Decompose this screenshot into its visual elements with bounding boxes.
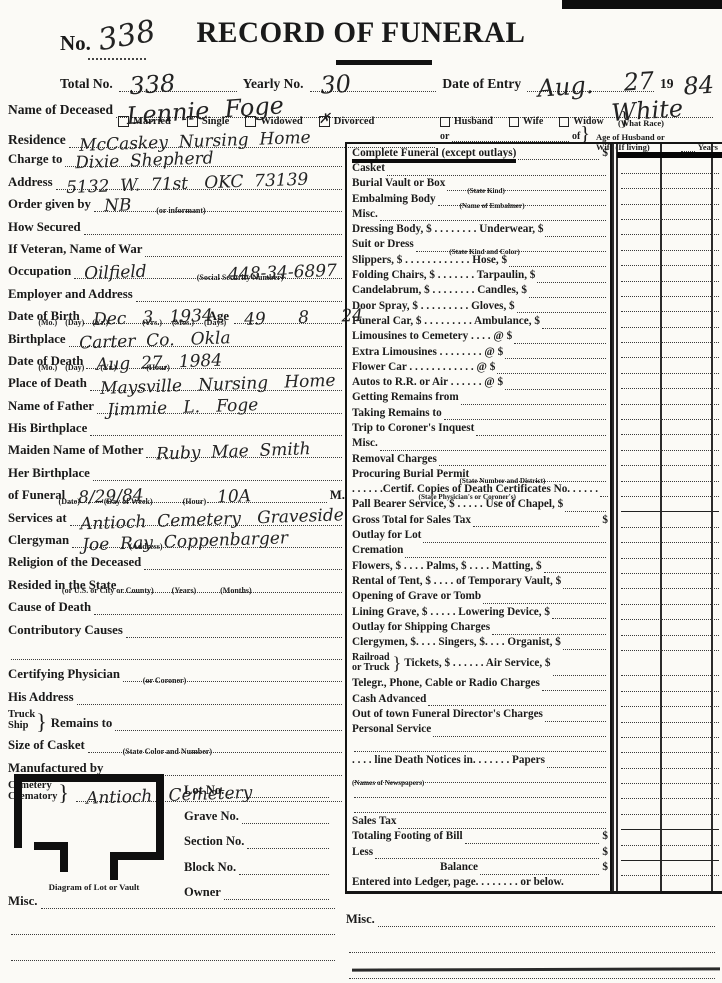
amount-cell[interactable] xyxy=(621,144,719,158)
amount-cell[interactable] xyxy=(621,589,719,604)
charge-line[interactable] xyxy=(547,756,606,768)
field-line[interactable] xyxy=(145,256,342,257)
amount-cell[interactable] xyxy=(621,251,719,266)
amount-cell[interactable] xyxy=(621,876,719,890)
field-line[interactable]: Dixie Shepherd xyxy=(65,149,342,167)
total-no-label: Total No. xyxy=(60,76,113,92)
form-row: Size of Casket(State Color and Number) xyxy=(8,732,345,754)
spouse-block: HusbandWifeWidow} or of } Age of Husband… xyxy=(440,112,718,142)
diagram-left-wall xyxy=(14,774,22,848)
amount-cell[interactable] xyxy=(621,189,719,204)
charge-line[interactable] xyxy=(476,424,606,436)
charge-row: Casket xyxy=(352,160,608,175)
amount-cell[interactable] xyxy=(621,753,719,768)
amount-cell[interactable] xyxy=(621,636,719,651)
charge-row: Sales Tax xyxy=(352,813,608,828)
field-label: Certifying Physician xyxy=(8,667,120,682)
form-row: Religion of the Deceased xyxy=(8,549,345,571)
amount-cell[interactable] xyxy=(621,651,719,676)
charge-line[interactable] xyxy=(492,623,606,635)
field-line[interactable] xyxy=(349,978,715,979)
charge-row: Folding Chairs, $ . . . . . . . Tarpauli… xyxy=(352,267,608,282)
field-line[interactable] xyxy=(136,301,342,302)
charge-label: Balance xyxy=(440,861,478,873)
charge-label: Procuring Burial Permit xyxy=(352,468,469,480)
charge-line[interactable] xyxy=(505,378,606,390)
field-label: His Address xyxy=(8,690,74,705)
charge-line[interactable] xyxy=(354,802,606,814)
charge-line[interactable] xyxy=(565,500,606,512)
charge-label: Entered into Ledger, page. . . . . . . .… xyxy=(352,876,564,888)
field-label: of Funeral xyxy=(8,488,65,503)
brace-label-2: or Truck xyxy=(352,663,390,673)
field-label: Her Birthplace xyxy=(8,466,90,481)
charge-label: Funeral Car, $ . . . . . . . . . Ambulan… xyxy=(352,315,540,327)
charge-label: Flowers, $ . . . . Palms, $ . . . . Matt… xyxy=(352,560,542,572)
field-line[interactable] xyxy=(247,848,329,849)
dollar-sign: $ xyxy=(602,861,608,873)
charge-row: Getting Remains from xyxy=(352,390,608,405)
charge-row: Rental of Tent, $ . . . . of Temporary V… xyxy=(352,573,608,588)
field-line[interactable] xyxy=(126,637,342,638)
charge-label: Extra Limousines . . . . . . . . @ $ xyxy=(352,346,503,358)
field-line[interactable] xyxy=(90,435,342,436)
form-row: ClergymanJoe Ray Coppenbarger(Address) xyxy=(8,527,345,549)
total-no-line[interactable]: 338 xyxy=(119,67,237,92)
charge-line[interactable] xyxy=(553,657,606,676)
field-line[interactable]: NB xyxy=(94,194,342,212)
field-line[interactable] xyxy=(84,234,342,235)
form-row: of Funeral8/29/8410AM.(Date) (Day of Wee… xyxy=(8,482,345,504)
charge-line[interactable] xyxy=(354,741,606,753)
charge-row: Telegr., Phone, Cable or Radio Charges xyxy=(352,676,608,691)
form-row: Address5132 W. 71st OKC 73139 xyxy=(8,168,345,190)
amount-cell[interactable] xyxy=(621,738,719,753)
spouse-option: Wife xyxy=(509,116,543,127)
charge-note: (State Physician's or Coroner's) xyxy=(419,493,516,501)
spouse-option: Husband xyxy=(440,116,493,127)
field-line[interactable] xyxy=(227,797,329,798)
blank-line xyxy=(8,962,338,983)
charge-label: Sales Tax xyxy=(352,815,396,827)
charge-line[interactable] xyxy=(398,817,606,829)
charge-note: (State Kind and Color) xyxy=(449,248,519,256)
amount-cell[interactable] xyxy=(621,676,719,691)
dollar-sign: $ xyxy=(602,147,608,159)
charge-line[interactable] xyxy=(517,302,606,314)
lot-diagram: Diagram of Lot or Vault xyxy=(14,774,164,896)
field-line[interactable]: 10A xyxy=(207,485,327,503)
charge-line[interactable] xyxy=(518,149,599,161)
misc-left-block: Misc. xyxy=(8,884,338,983)
form-row: Date of BirthDec 3 1934Age49 8 24(Mo.) (… xyxy=(8,303,345,325)
charge-label: Candelabrum, $ . . . . . . . . Candles, … xyxy=(352,284,527,296)
charge-row: Flower Car . . . . . . . . . . . . @ $ xyxy=(352,359,608,374)
field-label: Maiden Name of Mother xyxy=(8,443,143,458)
checkbox[interactable] xyxy=(440,117,450,127)
brace-label-2: Ship xyxy=(8,720,35,731)
amount-cell[interactable] xyxy=(621,769,719,784)
amount-cell[interactable] xyxy=(621,282,719,297)
of-label: of xyxy=(572,131,580,142)
charge-row: (Names of Newspapers) xyxy=(352,768,608,783)
amount-cell[interactable] xyxy=(621,205,719,220)
field-line[interactable] xyxy=(11,960,335,961)
charge-row: Less$ xyxy=(352,844,608,859)
charge-line[interactable] xyxy=(461,393,606,405)
charge-line[interactable] xyxy=(509,256,606,268)
field-label: Clergyman xyxy=(8,533,69,548)
charge-line[interactable] xyxy=(542,317,606,329)
amount-cell[interactable] xyxy=(621,559,719,574)
charge-row: Railroador Truck}Tickets, $ . . . . . . … xyxy=(352,650,608,676)
form-row: Charge toDixie Shepherd xyxy=(8,146,345,168)
dollar-sign: $ xyxy=(602,846,608,858)
charge-label: Taking Remains to xyxy=(352,407,442,419)
charge-label: Embalming Body xyxy=(352,193,436,205)
amount-cell[interactable] xyxy=(621,528,719,543)
amount-cell[interactable] xyxy=(621,543,719,558)
charge-row: Removal Charges xyxy=(352,451,608,466)
field-line[interactable] xyxy=(94,614,342,615)
field-label: Religion of the Deceased xyxy=(8,555,141,570)
record-of-funeral-form: No.338 RECORD OF FUNERAL Total No. 338 Y… xyxy=(0,0,722,983)
amount-cell[interactable] xyxy=(621,343,719,358)
charge-label: Rental of Tent, $ . . . . of Temporary V… xyxy=(352,575,561,587)
charge-line[interactable] xyxy=(600,485,608,497)
field-line[interactable] xyxy=(378,926,715,927)
spouse-brace: } xyxy=(580,126,590,142)
charge-line[interactable] xyxy=(439,455,606,467)
charge-row: Entered into Ledger, page. . . . . . . .… xyxy=(352,875,608,890)
form-row: OccupationOilfield448-34-6897(Social Sec… xyxy=(8,258,345,280)
charge-row: Gross Total for Sales Tax$ xyxy=(352,512,608,527)
charge-line[interactable] xyxy=(483,592,606,604)
field-label: Remains to xyxy=(51,716,113,731)
amount-cell[interactable] xyxy=(621,312,719,327)
charge-label: Outlay for Lot xyxy=(352,529,421,541)
charge-row: Misc. xyxy=(352,436,608,451)
charge-line[interactable] xyxy=(433,725,606,737)
amount-cell[interactable] xyxy=(621,574,719,589)
charge-line[interactable] xyxy=(544,562,606,574)
field-label: Place of Death xyxy=(8,376,87,391)
charge-row: Outlay for Lot xyxy=(352,527,608,542)
form-row: Cause of Death xyxy=(8,594,345,616)
amount-cell[interactable] xyxy=(621,158,719,173)
charge-label: . . . . line Death Notices in. . . . . .… xyxy=(352,754,545,766)
charge-row: Autos to R.R. or Air . . . . . . @ $ xyxy=(352,374,608,389)
charge-row: Trip to Coroner's Inquest xyxy=(352,420,608,435)
amount-cell[interactable] xyxy=(621,435,719,450)
form-row: If Veteran, Name of War xyxy=(8,236,345,258)
or-label: or xyxy=(440,131,449,142)
charge-row: Complete Funeral (except outlays)$ xyxy=(352,145,608,160)
form-row: Date of DeathAug 27, 1984(Mo.) (Day) (Yr… xyxy=(8,348,345,370)
charge-label: Out of town Funeral Director's Charges xyxy=(352,708,543,720)
amount-cell[interactable] xyxy=(621,174,719,189)
charge-line[interactable] xyxy=(473,516,599,528)
field-label: Services at xyxy=(8,511,67,526)
charge-label: Cash Advanced xyxy=(352,693,426,705)
charge-line[interactable] xyxy=(563,638,606,650)
charge-line[interactable] xyxy=(545,225,606,237)
charge-line[interactable] xyxy=(545,710,606,722)
charge-row: Totaling Footing of Bill$ xyxy=(352,829,608,844)
charge-row: Out of town Funeral Director's Charges xyxy=(352,706,608,721)
charge-line[interactable] xyxy=(480,863,599,875)
amount-cell[interactable] xyxy=(621,815,719,830)
field-label: Employer and Address xyxy=(8,287,133,302)
charge-label: Less xyxy=(352,846,373,858)
form-row: Contributory Causes xyxy=(8,616,345,638)
charge-line[interactable] xyxy=(537,271,606,283)
amount-cell[interactable] xyxy=(621,358,719,373)
field-line[interactable] xyxy=(93,480,342,481)
checkbox-label: Wife xyxy=(523,116,543,127)
field-line[interactable] xyxy=(11,934,335,935)
form-row: Order given byNB(or informant) xyxy=(8,191,345,213)
field-label: Misc. xyxy=(8,894,38,909)
field-label: Block No. xyxy=(184,860,236,875)
field-label: If Veteran, Name of War xyxy=(8,242,142,257)
field-label: Birthplace xyxy=(8,332,66,347)
field-label: Contributory Causes xyxy=(8,623,123,638)
field-label: His Birthplace xyxy=(8,421,87,436)
charge-line[interactable] xyxy=(514,332,606,344)
redacted-amount-bar xyxy=(617,152,722,158)
field-line[interactable]: Ruby Mae Smith xyxy=(146,440,342,458)
charge-row: Candelabrum, $ . . . . . . . . Candles, … xyxy=(352,283,608,298)
field-label: Grave No. xyxy=(184,809,239,824)
amount-cell[interactable] xyxy=(621,512,719,527)
amount-cell[interactable] xyxy=(621,297,719,312)
charge-line[interactable] xyxy=(497,363,606,375)
charge-row: Cash Advanced xyxy=(352,691,608,706)
amount-cell[interactable] xyxy=(621,374,719,389)
field-line[interactable]: Antioch Cemetery Graveside xyxy=(70,508,342,526)
blank-line xyxy=(8,639,345,661)
charge-row: Limousines to Cemetery . . . . @ $ xyxy=(352,329,608,344)
amount-cell[interactable] xyxy=(621,497,719,512)
charge-label: Door Spray, $ . . . . . . . . . Gloves, … xyxy=(352,300,515,312)
charge-label: Burial Vault or Box xyxy=(352,177,445,189)
field-line[interactable]: 5132 W. 71st OKC 73139 xyxy=(56,172,342,190)
charge-note: (Name of Embalmer) xyxy=(460,202,525,210)
form-row: His Address xyxy=(8,683,345,705)
amount-cell[interactable] xyxy=(621,220,719,235)
charge-row: Dressing Body, $ . . . . . . . . Underwe… xyxy=(352,221,608,236)
charge-row: Cremation xyxy=(352,543,608,558)
charge-line[interactable] xyxy=(423,531,606,543)
charge-label: Removal Charges xyxy=(352,453,437,465)
scan-edge-bar xyxy=(562,0,722,9)
amount-cell[interactable] xyxy=(621,605,719,620)
form-row: Resided in the State(or U.S. or City or … xyxy=(8,571,345,593)
checkbox-label: Husband xyxy=(454,116,493,127)
spouse-checkbox-line: HusbandWifeWidow} xyxy=(440,112,718,127)
charge-label: Casket xyxy=(352,162,385,174)
charges-box: Complete Funeral (except outlays)$Casket… xyxy=(345,142,612,894)
field-line[interactable] xyxy=(349,952,715,953)
diagram-right-foot xyxy=(110,852,164,860)
amount-rule xyxy=(616,144,618,891)
field-label: Occupation xyxy=(8,264,71,279)
form-row: How Secured xyxy=(8,213,345,235)
charge-label: Personal Service xyxy=(352,723,431,735)
field-line[interactable]: Joe Ray Coppenbarger xyxy=(72,530,342,548)
spouse-brace: } xyxy=(620,111,630,127)
charge-label: Misc. xyxy=(352,437,378,449)
entry-row: Total No. 338 Yearly No. 30 Date of Entr… xyxy=(60,64,714,92)
amount-cell[interactable] xyxy=(621,482,719,497)
amount-cell[interactable] xyxy=(621,466,719,481)
amount-cell[interactable] xyxy=(621,861,719,876)
charge-line[interactable] xyxy=(465,832,600,844)
field-label: Address xyxy=(8,175,53,190)
amount-cell[interactable] xyxy=(621,235,719,250)
charge-row: Balance$ xyxy=(352,859,608,874)
blank-line xyxy=(346,928,718,954)
spouse-or-of-line: or of } xyxy=(440,127,590,142)
amount-cell[interactable] xyxy=(621,328,719,343)
charge-label: Telegr., Phone, Cable or Radio Charges xyxy=(352,677,540,689)
lot-info-rows: Lot No.Grave No.Section No.Block No.Owne… xyxy=(184,774,332,901)
charge-line[interactable] xyxy=(444,409,606,421)
field-label: Name of Father xyxy=(8,399,94,414)
field-line[interactable]: Oilfield xyxy=(74,261,212,279)
amount-cell[interactable] xyxy=(621,405,719,420)
charge-label: Flower Car . . . . . . . . . . . . @ $ xyxy=(352,361,495,373)
name-of-deceased-label: Name of Deceased xyxy=(8,102,113,118)
amount-cell[interactable] xyxy=(621,420,719,435)
diagram-top-wall xyxy=(14,774,164,782)
diagram-right-stub xyxy=(110,852,118,880)
charge-label: Limousines to Cemetery . . . . @ $ xyxy=(352,330,512,342)
amount-cell[interactable] xyxy=(621,620,719,635)
charge-line[interactable] xyxy=(428,695,606,707)
charge-row xyxy=(352,798,608,813)
field-line[interactable]: Jimmie L. Foge xyxy=(97,396,342,414)
field-label: Cause of Death xyxy=(8,600,91,615)
form-row: Grave No. xyxy=(184,799,332,824)
charge-label: Outlay for Shipping Charges xyxy=(352,621,490,633)
dollar-sign: $ xyxy=(602,830,608,842)
field-line[interactable]: Maysville Nursing Home xyxy=(90,373,342,391)
charge-line[interactable] xyxy=(375,848,599,860)
charge-row: Taking Remains to xyxy=(352,405,608,420)
field-line[interactable] xyxy=(41,908,336,909)
charge-row: Extra Limousines . . . . . . . . @ $ xyxy=(352,344,608,359)
field-label: Charge to xyxy=(8,152,62,167)
charge-row: . . . . line Death Notices in. . . . . .… xyxy=(352,752,608,767)
charge-row: Clergymen, $. . . . Singers, $. . . . Or… xyxy=(352,635,608,650)
charge-row: Outlay for Shipping Charges xyxy=(352,619,608,634)
form-row: Misc. xyxy=(8,884,338,910)
charge-label: Clergymen, $. . . . Singers, $. . . . Or… xyxy=(352,636,561,648)
amount-cell[interactable] xyxy=(621,784,719,799)
brace-labels: Railroador Truck xyxy=(352,653,390,673)
charge-line[interactable] xyxy=(505,347,606,359)
amount-cell[interactable] xyxy=(621,389,719,404)
charge-line[interactable] xyxy=(380,210,606,222)
field-line[interactable] xyxy=(242,823,329,824)
form-row: Maiden Name of MotherRuby Mae Smith xyxy=(8,437,345,459)
amount-cell[interactable] xyxy=(621,846,719,861)
brace-labels: TruckShip xyxy=(8,709,35,731)
charge-note: (Names of Newspapers) xyxy=(352,779,424,787)
form-row: Place of DeathMaysville Nursing Home xyxy=(8,370,345,392)
checkbox[interactable] xyxy=(509,117,519,127)
charge-row: Lining Grave, $ . . . . . Lowering Devic… xyxy=(352,604,608,619)
form-row: Misc. xyxy=(346,902,718,928)
amount-cell[interactable] xyxy=(621,799,719,814)
charge-label: Lining Grave, $ . . . . . Lowering Devic… xyxy=(352,606,550,618)
amount-cell[interactable] xyxy=(621,830,719,845)
field-line[interactable] xyxy=(77,704,342,705)
amount-cell[interactable] xyxy=(621,723,719,738)
form-row: Her Birthplace xyxy=(8,459,345,481)
left-column: Charge toDixie ShepherdAddress5132 W. 71… xyxy=(8,146,345,803)
field-label: Size of Casket xyxy=(8,738,85,753)
charge-line[interactable] xyxy=(405,546,606,558)
form-row: Lot No. xyxy=(184,774,332,799)
charge-line[interactable] xyxy=(542,679,606,691)
form-row: Block No. xyxy=(184,850,332,875)
field-line[interactable] xyxy=(11,659,342,660)
charge-label: Dressing Body, $ . . . . . . . . Underwe… xyxy=(352,223,543,235)
checkbox[interactable] xyxy=(559,117,569,127)
yearly-no-line[interactable]: 30 xyxy=(310,67,437,92)
charge-note: (State Kind) xyxy=(467,187,505,195)
charge-row: Flowers, $ . . . . Palms, $ . . . . Matt… xyxy=(352,558,608,573)
year-prefix: 19 xyxy=(660,76,674,92)
date-of-entry-line[interactable]: Aug. 27 xyxy=(527,67,654,92)
charge-line[interactable] xyxy=(380,439,606,451)
field-label: How Secured xyxy=(8,220,81,235)
charge-row: Opening of Grave or Tomb xyxy=(352,589,608,604)
field-line[interactable] xyxy=(115,730,342,731)
charge-label: Folding Chairs, $ . . . . . . . Tarpauli… xyxy=(352,269,535,281)
charge-label: Opening of Grave or Tomb xyxy=(352,590,481,602)
amount-columns xyxy=(612,142,722,894)
form-row: Employer and Address xyxy=(8,280,345,302)
charge-label: Misc. xyxy=(352,208,378,220)
amount-cell[interactable] xyxy=(621,266,719,281)
charge-line[interactable] xyxy=(354,786,606,798)
field-line[interactable]: Carter Co. Okla xyxy=(69,329,342,347)
charge-line[interactable] xyxy=(563,577,606,589)
charge-note: (State Number and District) xyxy=(460,477,546,485)
charge-line[interactable] xyxy=(529,286,606,298)
field-line[interactable] xyxy=(144,569,342,570)
charge-row: Procuring Burial Permit(State Number and… xyxy=(352,466,608,481)
charge-line[interactable] xyxy=(387,164,606,176)
amount-cell[interactable] xyxy=(621,707,719,722)
charge-label: Getting Remains from xyxy=(352,391,459,403)
diagram-right-wall xyxy=(156,774,164,860)
field-line[interactable] xyxy=(239,874,329,875)
blank-line xyxy=(8,910,338,936)
amount-cell[interactable] xyxy=(621,451,719,466)
charge-row xyxy=(352,737,608,752)
charge-row: Personal Service xyxy=(352,722,608,737)
amount-cell[interactable] xyxy=(621,692,719,707)
charge-row: Burial Vault or Box(State Kind) xyxy=(352,176,608,191)
diagram-left-stub xyxy=(60,842,68,872)
field-line[interactable]: 49 8 24 xyxy=(234,306,342,324)
charge-line[interactable] xyxy=(552,608,606,620)
